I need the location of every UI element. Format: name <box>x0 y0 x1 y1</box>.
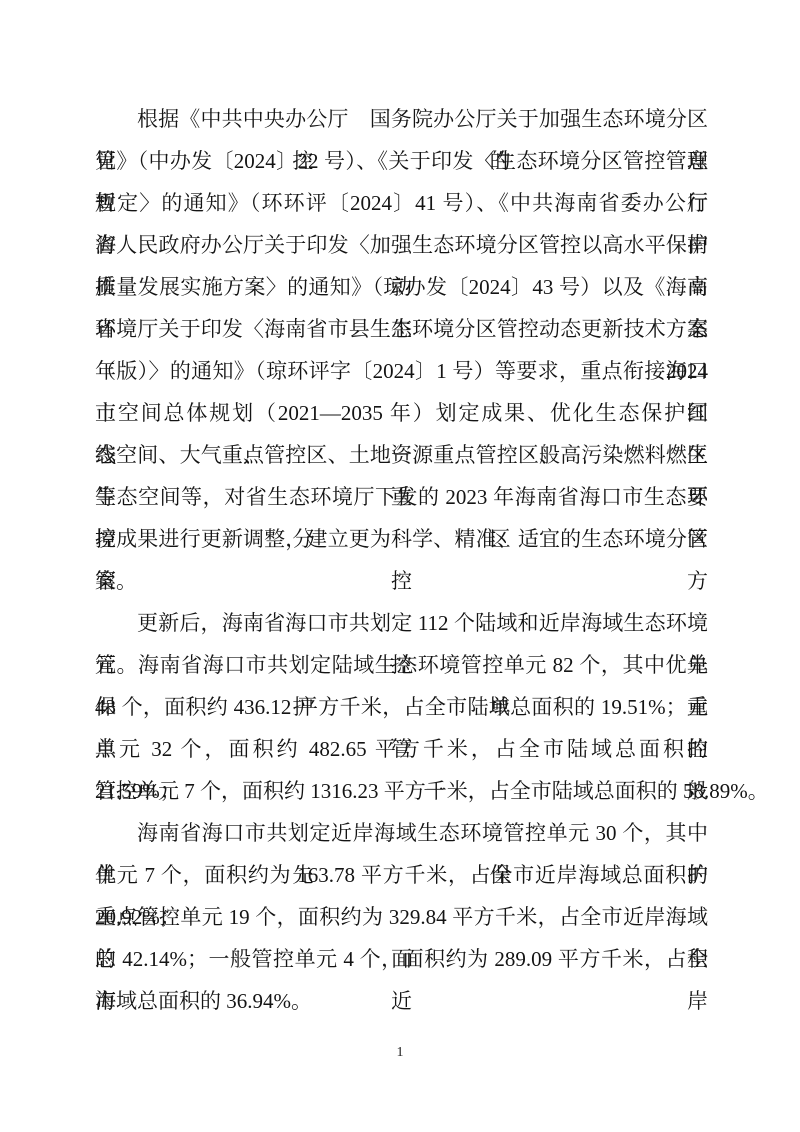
text-line: 见》（中办发〔2024〕22 号）、《关于印发〈生态环境分区管控管理暂行 <box>95 140 708 182</box>
text-line: 更新后，海南省海口市共划定 112 个陆域和近岸海域生态环境管控单 <box>95 602 708 644</box>
text-line: 态空间、大气重点管控区、土地资源重点管控区、高污染燃料燃区等重要 <box>95 434 708 476</box>
paragraph: 更新后，海南省海口市共划定 112 个陆域和近岸海域生态环境管控单元。海南省海口… <box>95 602 708 812</box>
document-body: 根据《中共中央办公厅 国务院办公厅关于加强生态环境分区管控的意见》（中办发〔20… <box>95 98 708 1022</box>
text-line: 土空间总体规划（2021—2035 年）划定成果、优化生态保护红线、一般生 <box>95 392 708 434</box>
text-line: 环境厅关于印发〈海南省市县生态环境分区管控动态更新技术方案（2024 <box>95 308 708 350</box>
paragraph: 海南省海口市共划定近岸海域生态环境管控单元 30 个，其中优先保护单元 7 个，… <box>95 812 708 1022</box>
text-line: 年版）〉的通知》（琼环评字〔2024〕1 号）等要求，重点衔接海口市国 <box>95 350 708 392</box>
text-line: 重点管控单元 19 个，面积约为 329.84 平方千米，占全市近岸海域总面积 <box>95 896 708 938</box>
text-line: 省人民政府办公厅关于印发〈加强生态环境分区管控以高水平保护推动高 <box>95 224 708 266</box>
text-line: 根据《中共中央办公厅 国务院办公厅关于加强生态环境分区管控的意 <box>95 98 708 140</box>
text-line: 控成果进行更新调整，建立更为科学、精准、适宜的生态环境分区管控方 <box>95 518 708 560</box>
document-page: 根据《中共中央办公厅 国务院办公厅关于加强生态环境分区管控的意见》（中办发〔20… <box>0 0 800 1132</box>
paragraph: 根据《中共中央办公厅 国务院办公厅关于加强生态环境分区管控的意见》（中办发〔20… <box>95 98 708 602</box>
text-line: 单元 32 个，面积约 482.65 平方千米，占全市陆域总面积的 21.59%… <box>95 728 708 770</box>
text-line: 生态空间等，对省生态环境厅下发的 2023 年海南省海口市生态环境分区管 <box>95 476 708 518</box>
text-line: 的 42.14%；一般管控单元 4 个，面积约为 289.09 平方千米，占全市… <box>95 938 708 980</box>
text-line: 管控单元 7 个，面积约 1316.23 平方千米，占全市陆域总面积的 58.8… <box>95 770 708 812</box>
text-line: 质量发展实施方案〉的通知》（琼办发〔2024〕43 号）以及《海南省生态 <box>95 266 708 308</box>
text-line: 元。海南省海口市共划定陆域生态环境管控单元 82 个，其中优先保护单元 <box>95 644 708 686</box>
text-line: 单元 7 个，面积约为 163.78 平方千米，占全市近岸海域总面积的 20.9… <box>95 854 708 896</box>
text-line: 规定〉的通知》（环环评〔2024〕41 号）、《中共海南省委办公厅 海南 <box>95 182 708 224</box>
page-number: 1 <box>0 1044 800 1062</box>
text-line: 海南省海口市共划定近岸海域生态环境管控单元 30 个，其中优先保护 <box>95 812 708 854</box>
text-line: 43 个，面积约 436.12 平方千米，占全市陆域总面积的 19.51%；重点… <box>95 686 708 728</box>
